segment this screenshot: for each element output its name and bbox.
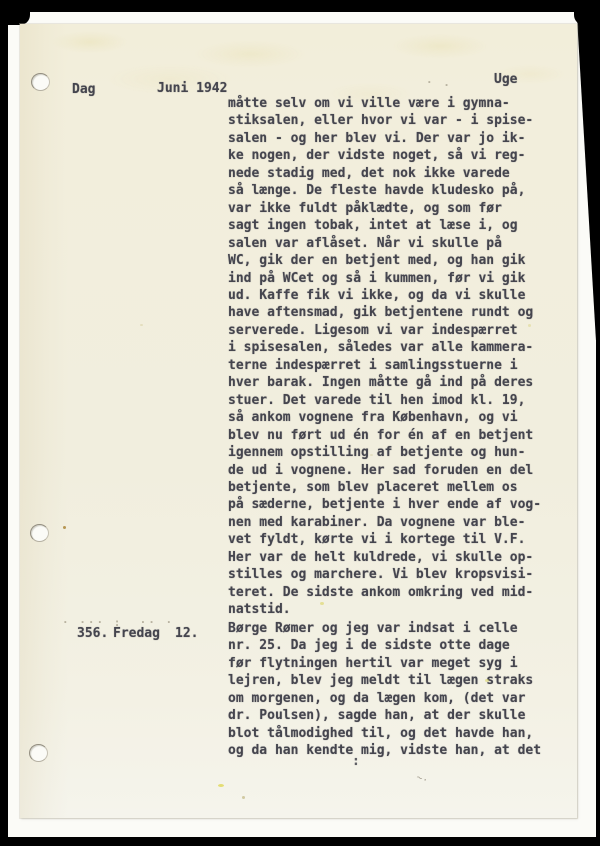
age-speck [63, 526, 66, 529]
typed-line: var ikke fuldt påklædte, og som før [228, 200, 541, 217]
typed-line: blev nu ført ud én for én af en betjent [228, 427, 541, 444]
month-year-header: Juni 1942 [157, 81, 227, 96]
entry-day-number: 12. [175, 626, 198, 641]
typed-line: måtte selv om vi ville være i gymna- [228, 95, 541, 112]
diary-text-block-1: måtte selv om vi ville være i gymna-stik… [228, 95, 541, 619]
typed-line: salen var aflåset. Når vi skulle på [228, 235, 541, 252]
typed-line: om morgenen, og da lægen kom, (det var [228, 690, 541, 707]
typed-line: hver barak. Ingen måtte gå ind på deres [228, 374, 541, 391]
typed-line: vet fyldt, kørte vi i kortege til V.F. [228, 531, 541, 548]
typed-line: betjente, som blev placeret mellem os [228, 479, 541, 496]
typed-line: igennem opstilling af betjente og hun- [228, 444, 541, 461]
diary-page: Dag Juni 1942 Uge · . · ··· : ·· · 356. … [20, 24, 577, 818]
entry-number: 356. [77, 626, 108, 641]
day-column-header: Dag [72, 82, 95, 97]
typed-line: ind på WCet og så i kummen, før vi gik [228, 270, 541, 287]
typed-line: ke nogen, der vidste noget, så vi reg- [228, 147, 541, 164]
typed-line: nen med karabiner. Da vognene var ble- [228, 514, 541, 531]
age-speck [528, 324, 531, 327]
punch-hole [30, 524, 49, 542]
week-column-header: Uge [494, 72, 517, 87]
typed-line: i spisesalen, således var alle kammera- [228, 339, 541, 356]
diary-text-block-2: Børge Rømer og jeg var indsat i cellenr.… [228, 620, 541, 760]
typed-line: natstid. [228, 601, 541, 618]
typed-line: og da han kendte mig, vidste han, at det [228, 742, 541, 759]
scan-frame-corner [0, 0, 30, 25]
typed-line: stilles og marchere. Vi blev kropsvisi- [228, 566, 541, 583]
typed-line: Børge Rømer og jeg var indsat i celle [228, 620, 541, 637]
typed-line: Her var de helt kuldrede, vi skulle op- [228, 549, 541, 566]
typed-line: WC, gik der en betjent med, og han gik [228, 252, 541, 269]
typed-line: terne indespærret i samlingsstuerne i [228, 357, 541, 374]
scanned-page: Dag Juni 1942 Uge · . · ··· : ·· · 356. … [0, 0, 600, 846]
typed-line: sagt ingen tobak, intet at læse i, og [228, 217, 541, 234]
typed-line: nr. 25. Da jeg i de sidste otte dage [228, 637, 541, 654]
typed-line: så længe. De fleste havde kludesko på, [228, 182, 541, 199]
typed-line: ud. Kaffe fik vi ikke, og da vi skulle [228, 287, 541, 304]
typed-line: så ankom vognene fra København, og vi [228, 409, 541, 426]
age-speck [370, 454, 373, 456]
typed-line: have aftensmad, gik betjentene rundt og [228, 304, 541, 321]
faint-header-marks: · . [426, 76, 452, 89]
stray-colon-mark: : [352, 754, 360, 769]
typed-line: stuer. Det varede til hen imod kl. 19, [228, 392, 541, 409]
punch-hole [31, 73, 50, 91]
typed-line: blot tålmodighed til, og det havde han, [228, 725, 541, 742]
typed-line: dr. Poulsen), sagde han, at der skulle [228, 707, 541, 724]
typed-line: salen - og her blev vi. Der var jo ik- [228, 130, 541, 147]
typed-line: før flytningen hertil var meget syg i [228, 655, 541, 672]
age-speck [485, 679, 489, 682]
entry-weekday: Fredag [113, 626, 160, 641]
age-speck [140, 324, 143, 326]
stray-squiggle-mark: ~· [414, 772, 429, 787]
typed-line: lejren, blev jeg meldt til lægen straks [228, 672, 541, 689]
age-speck [218, 784, 224, 787]
age-speck [242, 796, 245, 799]
typed-line: på sæderne, betjente i hver ende af vog- [228, 496, 541, 513]
typed-line: nede stadig med, det nok ikke varede [228, 165, 541, 182]
typed-line: teret. De sidste ankom omkring ved mid- [228, 584, 541, 601]
typed-line: serverede. Ligesom vi var indespærret [228, 322, 541, 339]
typed-line: de ud i vognene. Her sad foruden en del [228, 462, 541, 479]
typed-line: stiksalen, eller hvor vi var - i spise- [228, 112, 541, 129]
age-speck [320, 602, 324, 605]
punch-hole [29, 744, 48, 762]
